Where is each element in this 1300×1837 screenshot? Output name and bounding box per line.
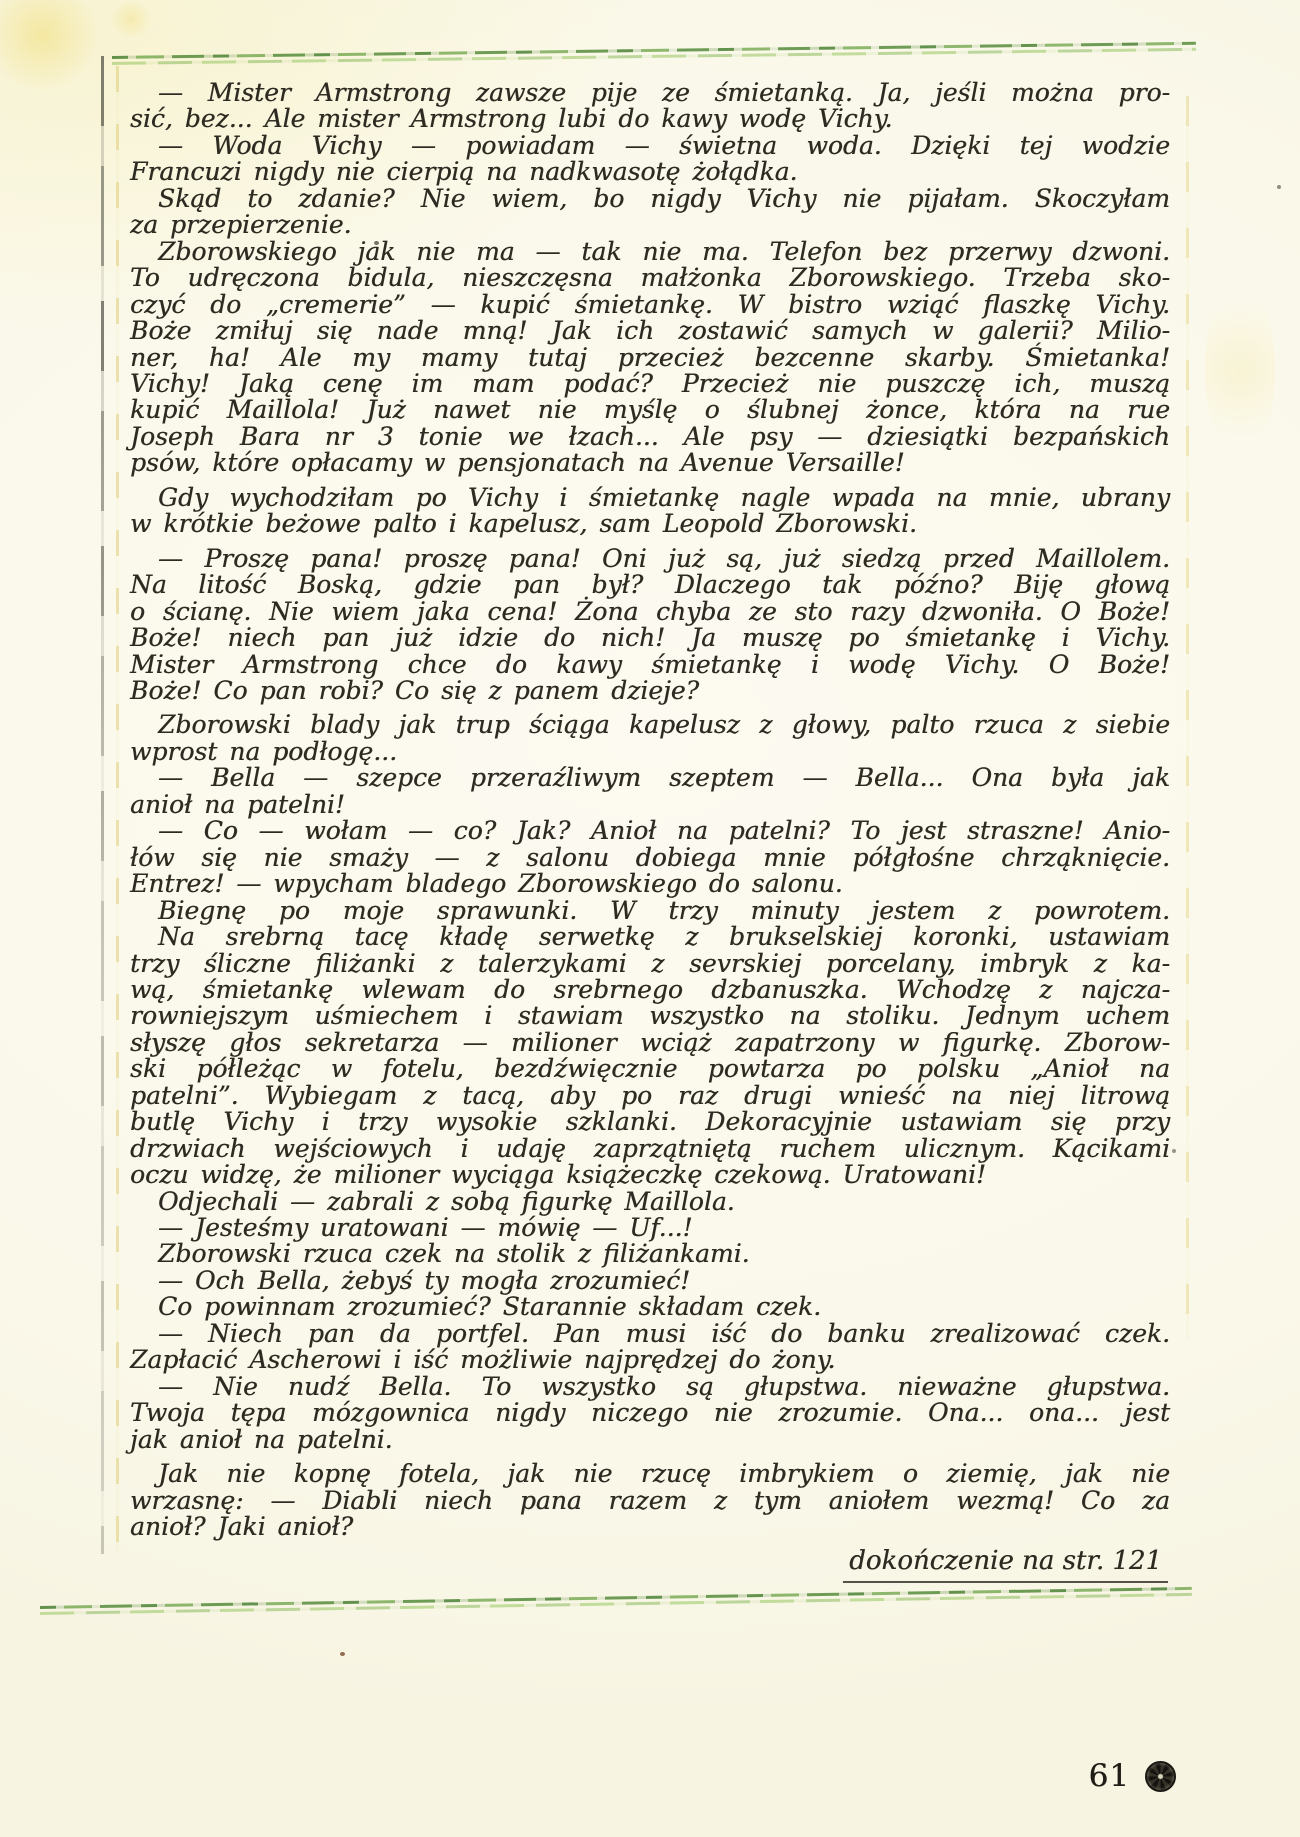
paragraph: — Bella — szepce przeraźliwym szeptem — … (130, 765, 1170, 818)
text-line: anioł? Jaki anioł? (130, 1514, 1170, 1540)
text-line: psów, które opłacamy w pensjonatach na A… (130, 450, 1170, 476)
paragraph: Odjechali — zabrali z sobą figurkę Maill… (130, 1189, 1170, 1215)
text-line: Entrez! — wpycham bladego Zborowskiego d… (130, 871, 1170, 897)
paragraph: — Proszę pana! proszę pana! Oni już są, … (130, 546, 1170, 705)
paper-smudge (1205, 280, 1275, 460)
text-line: sić, bez... Ale mister Armstrong lubi do… (130, 106, 1170, 132)
ink-speck (1277, 185, 1281, 189)
text-line: anioł na patelni! (130, 792, 1170, 818)
stamp-icon (1145, 1761, 1176, 1792)
paragraph: — Och Bella, żebyś ty mogła zrozumieć! (130, 1268, 1170, 1294)
left-guide-line (116, 66, 119, 1552)
text-line: — Proszę pana! proszę pana! Oni już są, … (130, 546, 1170, 572)
text-line: jak anioł na patelni. (130, 1427, 1170, 1453)
text-line: Zborowskiego jak nie ma — tak nie ma. Te… (130, 239, 1170, 265)
continuation-note: dokończenie na str. 121 (843, 1546, 1168, 1583)
text-line: słyszę głos sekretarza — milioner wciąż … (130, 1030, 1170, 1056)
paragraph: Zborowski rzuca czek na stolik z filiżan… (130, 1241, 1170, 1267)
text-line: Boże! niech pan już idzie do nich! Ja mu… (130, 625, 1170, 651)
paragraph: — Niech pan da portfel. Pan musi iść do … (130, 1321, 1170, 1374)
text-line: Twoja tępa mózgownica nigdy niczego nie … (130, 1400, 1170, 1426)
text-line: Skąd to zdanie? Nie wiem, bo nigdy Vichy… (130, 186, 1170, 212)
text-line: butlę Vichy i trzy wysokie szklanki. Dek… (130, 1109, 1170, 1135)
text-line: wprost na podłogę... (130, 739, 1170, 765)
text-line: Na litość Boską, gdzie pan był? Dlaczego… (130, 572, 1170, 598)
top-green-rule (112, 42, 1196, 66)
paragraph: — Nie nudź Bella. To wszystko są głupstw… (130, 1374, 1170, 1453)
text-line: Boże! Co pan robi? Co się z panem dzieje… (130, 678, 1170, 704)
scanned-magazine-page: — Mister Armstrong zawsze pije ze śmieta… (0, 0, 1300, 1837)
paragraph: Skąd to zdanie? Nie wiem, bo nigdy Vichy… (130, 186, 1170, 239)
text-line: za przepierzenie. (130, 212, 1170, 238)
text-line: ski półleżąc w fotelu, bezdźwięcznie pow… (130, 1056, 1170, 1082)
text-line: Odjechali — zabrali z sobą figurkę Maill… (130, 1189, 1170, 1215)
paper-smudge (108, 2, 154, 36)
paragraph: Co powinnam zrozumieć? Starannie składam… (130, 1294, 1170, 1320)
text-line: Joseph Bara nr 3 tonie we łzach... Ale p… (130, 424, 1170, 450)
paragraph: — Mister Armstrong zawsze pije ze śmieta… (130, 80, 1170, 133)
ink-speck (1172, 1149, 1176, 1153)
paragraph: Zborowski blady jak trup ściąga kapelusz… (130, 712, 1170, 765)
text-line: Biegnę po moje sprawunki. W trzy minuty … (130, 898, 1170, 924)
text-line: Mister Armstrong chce do kawy śmietankę … (130, 652, 1170, 678)
bottom-green-rule (40, 1587, 1192, 1616)
page-number: 61 (1089, 1758, 1130, 1794)
text-line: — Bella — szepce przeraźliwym szeptem — … (130, 765, 1170, 791)
text-line: łów się nie smaży — z salonu dobiega mni… (130, 845, 1170, 871)
paragraph: — Co — wołam — co? Jak? Anioł na patelni… (130, 818, 1170, 897)
page-footer: 61 (1089, 1758, 1176, 1794)
paragraph: — Woda Vichy — powiadam — świetna woda. … (130, 133, 1170, 186)
paragraph: Biegnę po moje sprawunki. W trzy minuty … (130, 898, 1170, 924)
ink-speck (340, 1652, 345, 1656)
text-line: rowniejszym uśmiechem i stawiam wszystko… (130, 1003, 1170, 1029)
text-line: wrzasnę: — Diabli niech pana razem z tym… (130, 1488, 1170, 1514)
text-line: drzwiach wejściowych i udaję zaprzątnięt… (130, 1136, 1170, 1162)
right-guide-line (1186, 96, 1189, 1340)
paragraph: Zborowskiego jak nie ma — tak nie ma. Te… (130, 239, 1170, 477)
text-line: — Nie nudź Bella. To wszystko są głupstw… (130, 1374, 1170, 1400)
text-line: patelni”. Wybiegam z tacą, aby po raz dr… (130, 1083, 1170, 1109)
paragraph: Na srebrną tacę kładę serwetkę z bruksel… (130, 924, 1170, 1189)
text-line: w krótkie beżowe palto i kapelusz, sam L… (130, 511, 1170, 537)
text-line: Vichy! Jaką cenę im mam podać? Przecież … (130, 371, 1170, 397)
article-text: — Mister Armstrong zawsze pije ze śmieta… (130, 80, 1170, 1540)
text-line: kupić Maillola! Już nawet nie myślę o śl… (130, 397, 1170, 423)
text-line: — Niech pan da portfel. Pan musi iść do … (130, 1321, 1170, 1347)
text-line: To udręczona bidula, nieszczęsna małżonk… (130, 265, 1170, 291)
text-line: czyć do „cremerie” — kupić śmietankę. W … (130, 292, 1170, 318)
paragraph: Gdy wychodziłam po Vichy i śmietankę nag… (130, 485, 1170, 538)
text-line: wą, śmietankę wlewam do srebrnego dzbanu… (130, 977, 1170, 1003)
text-line: Francuzi nigdy nie cierpią na nadkwasotę… (130, 159, 1170, 185)
text-line: Zapłacić Ascherowi i iść możliwie najprę… (130, 1347, 1170, 1373)
text-line: — Och Bella, żebyś ty mogła zrozumieć! (130, 1268, 1170, 1294)
text-line: Zborowski rzuca czek na stolik z filiżan… (130, 1241, 1170, 1267)
text-line: Na srebrną tacę kładę serwetkę z bruksel… (130, 924, 1170, 950)
paragraph: Jak nie kopnę fotela, jak nie rzucę imbr… (130, 1461, 1170, 1540)
text-line: Co powinnam zrozumieć? Starannie składam… (130, 1294, 1170, 1320)
text-line: trzy śliczne filiżanki z talerzykami z s… (130, 951, 1170, 977)
text-line: o ścianę. Nie wiem jaka cena! Żona chyba… (130, 599, 1170, 625)
text-line: — Woda Vichy — powiadam — świetna woda. … (130, 133, 1170, 159)
left-margin-fold-line (101, 56, 104, 1554)
text-line: — Mister Armstrong zawsze pije ze śmieta… (130, 80, 1170, 106)
text-line: Zborowski blady jak trup ściąga kapelusz… (130, 712, 1170, 738)
text-line: Jak nie kopnę fotela, jak nie rzucę imbr… (130, 1461, 1170, 1487)
text-line: oczu widzę, że milioner wyciąga książecz… (130, 1162, 1170, 1188)
text-line: ner, ha! Ale my mamy tutaj przecież bezc… (130, 345, 1170, 371)
paragraph: — Jesteśmy uratowani — mówię — Uf...! (130, 1215, 1170, 1241)
text-line: — Co — wołam — co? Jak? Anioł na patelni… (130, 818, 1170, 844)
text-line: Boże zmiłuj się nade mną! Jak ich zostaw… (130, 318, 1170, 344)
paper-smudge (0, 0, 102, 90)
text-line: Gdy wychodziłam po Vichy i śmietankę nag… (130, 485, 1170, 511)
text-line: — Jesteśmy uratowani — mówię — Uf...! (130, 1215, 1170, 1241)
